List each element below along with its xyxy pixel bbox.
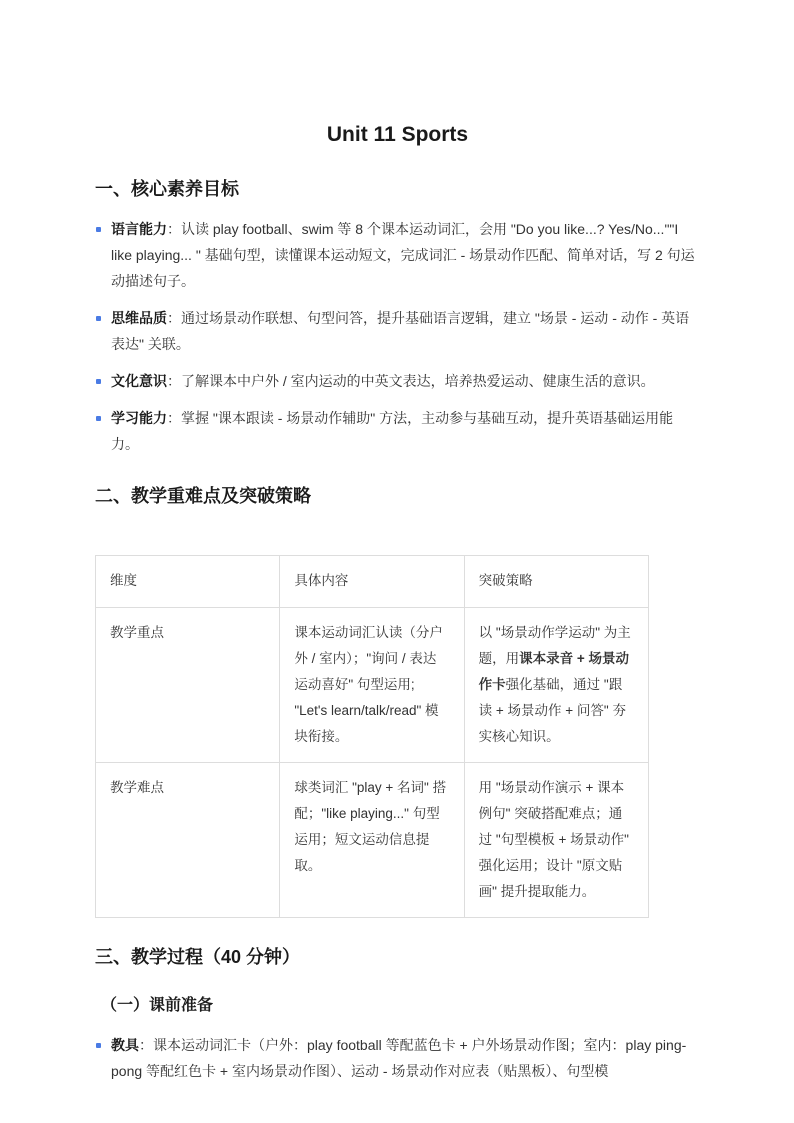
table-header-strategy: 突破策略 xyxy=(464,556,648,608)
prep-label: 教具 xyxy=(111,1037,139,1053)
list-item-text: 学习能力：掌握 "课本跟读 - 场景动作辅助" 方法，主动参与基础互动，提升英语… xyxy=(111,405,700,457)
goal-text: ：认读 play football、swim 等 8 个课本运动词汇，会用 "D… xyxy=(111,221,695,289)
goal-text: ：掌握 "课本跟读 - 场景动作辅助" 方法，主动参与基础互动，提升英语基础运用… xyxy=(111,410,673,452)
bullet-icon xyxy=(96,227,101,232)
goal-label: 语言能力 xyxy=(111,221,167,237)
bullet-icon xyxy=(96,379,101,384)
table-header-dimension: 维度 xyxy=(96,556,280,608)
cell-content: 球类词汇 "play + 名词" 搭配；"like playing..." 句型… xyxy=(280,763,464,918)
list-item-text: 语言能力：认读 play football、swim 等 8 个课本运动词汇，会… xyxy=(111,216,700,294)
core-goals-list: 语言能力：认读 play football、swim 等 8 个课本运动词汇，会… xyxy=(95,216,700,457)
goal-label: 思维品质 xyxy=(111,310,167,326)
prep-list: 教具：课本运动词汇卡（户外：play football 等配蓝色卡 + 户外场景… xyxy=(95,1032,700,1084)
bullet-icon xyxy=(96,416,101,421)
goal-text: ：通过场景动作联想、句型问答，提升基础语言逻辑，建立 "场景 - 运动 - 动作… xyxy=(111,310,689,352)
bullet-icon xyxy=(96,1043,101,1048)
cell-strategy: 用 "场景动作演示 + 课本例句" 突破搭配难点；通过 "句型模板 + 场景动作… xyxy=(464,763,648,918)
heading-process: 三、教学过程（40 分钟） xyxy=(95,944,700,970)
table-row: 教学难点 球类词汇 "play + 名词" 搭配；"like playing..… xyxy=(96,763,649,918)
list-item-text: 文化意识：了解课本中户外 / 室内运动的中英文表达，培养热爱运动、健康生活的意识… xyxy=(111,368,700,394)
list-item: 文化意识：了解课本中户外 / 室内运动的中英文表达，培养热爱运动、健康生活的意识… xyxy=(95,368,700,394)
table-row: 教学重点 课本运动词汇认读（分户外 / 室内）；"询问 / 表达运动喜好" 句型… xyxy=(96,608,649,763)
cell-content: 课本运动词汇认读（分户外 / 室内）；"询问 / 表达运动喜好" 句型运用; "… xyxy=(280,608,464,763)
cell-strategy: 以 "场景动作学运动" 为主题，用课本录音 + 场景动作卡强化基础，通过 "跟读… xyxy=(464,608,648,763)
list-item: 语言能力：认读 play football、swim 等 8 个课本运动词汇，会… xyxy=(95,216,700,294)
table-header-row: 维度 具体内容 突破策略 xyxy=(96,556,649,608)
table-header-content: 具体内容 xyxy=(280,556,464,608)
cell-dimension: 教学重点 xyxy=(96,608,280,763)
goal-label: 学习能力 xyxy=(111,410,167,426)
heading-difficulties: 二、教学重难点及突破策略 xyxy=(95,483,700,509)
list-item-text: 思维品质：通过场景动作联想、句型问答，提升基础语言逻辑，建立 "场景 - 运动 … xyxy=(111,305,700,357)
list-item: 教具：课本运动词汇卡（户外：play football 等配蓝色卡 + 户外场景… xyxy=(95,1032,700,1084)
list-item-text: 教具：课本运动词汇卡（户外：play football 等配蓝色卡 + 户外场景… xyxy=(111,1032,700,1084)
difficulties-table: 维度 具体内容 突破策略 教学重点 课本运动词汇认读（分户外 / 室内）；"询问… xyxy=(95,555,649,918)
subheading-prep: （一）课前准备 xyxy=(101,994,700,1018)
document-page: Unit 11 Sports 一、核心素养目标 语言能力：认读 play foo… xyxy=(0,0,794,1123)
prep-text: ：课本运动词汇卡（户外：play football 等配蓝色卡 + 户外场景动作… xyxy=(111,1037,686,1079)
document-title: Unit 11 Sports xyxy=(95,120,700,150)
cell-dimension: 教学难点 xyxy=(96,763,280,918)
goal-label: 文化意识 xyxy=(111,373,167,389)
goal-text: ：了解课本中户外 / 室内运动的中英文表达，培养热爱运动、健康生活的意识。 xyxy=(167,373,655,389)
list-item: 思维品质：通过场景动作联想、句型问答，提升基础语言逻辑，建立 "场景 - 运动 … xyxy=(95,305,700,357)
bullet-icon xyxy=(96,316,101,321)
heading-core-goals: 一、核心素养目标 xyxy=(95,176,700,202)
list-item: 学习能力：掌握 "课本跟读 - 场景动作辅助" 方法，主动参与基础互动，提升英语… xyxy=(95,405,700,457)
